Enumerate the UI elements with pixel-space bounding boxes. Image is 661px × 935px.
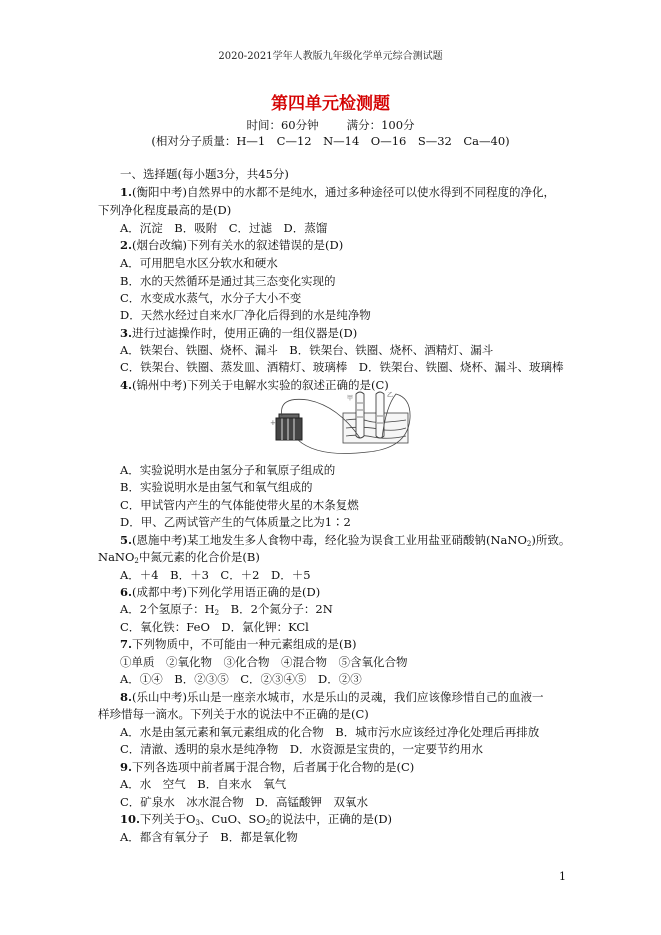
battery-icon bbox=[276, 414, 302, 440]
question-number: 6. bbox=[120, 585, 132, 599]
question-8-cont: 样珍惜每一滴水。下列关于水的说法中不正确的是(C) bbox=[98, 706, 369, 722]
question-text: 下列关于O bbox=[140, 812, 195, 826]
question-4-option-b: B．实验说明水是由氢气和氧气组成的 bbox=[120, 479, 312, 495]
question-8-options-ab: A．水是由氢元素和氧元素组成的化合物 B．城市污水应该经过净化处理后再排放 bbox=[120, 724, 539, 740]
question-9-options-cd: C．矿泉水 冰水混合物 D．高锰酸钾 双氧水 bbox=[120, 794, 368, 810]
question-text: (衡阳中考)自然界中的水都不是纯水，通过多种途径可以使水得到不同程度的净化， bbox=[132, 185, 555, 199]
question-text: 下列物质中，不可能由一种元素组成的是(B) bbox=[132, 637, 356, 651]
question-4-option-c: C．甲试管内产生的气体能使带火星的木条复燃 bbox=[120, 497, 359, 513]
question-text: )所致。 bbox=[531, 533, 570, 547]
question-number: 1. bbox=[120, 185, 132, 199]
question-10-options: A．都含有氧分子 B．都是氧化物 bbox=[120, 829, 298, 845]
question-2-option-b: B．水的天然循环是通过其三态变化实现的 bbox=[120, 273, 335, 289]
question-6-options-cd: C．氧化铁：FeO D．氯化钾：KCl bbox=[120, 619, 309, 635]
question-3-options-ab: A．铁架台、铁圈、烧杯、漏斗 B．铁架台、铁圈、烧杯、酒精灯、漏斗 bbox=[120, 342, 493, 358]
question-9-options-ab: A．水 空气 B．自来水 氧气 bbox=[120, 776, 286, 792]
question-text: (成都中考)下列化学用语正确的是(D) bbox=[132, 585, 320, 599]
question-9: 9.下列各选项中前者属于混合物，后者属于化合物的是(C) bbox=[120, 759, 414, 775]
question-number: 5. bbox=[120, 533, 132, 547]
question-number: 7. bbox=[120, 637, 132, 651]
formula: NaNO bbox=[98, 550, 134, 564]
question-4-option-a: A．实验说明水是由氢分子和氧原子组成的 bbox=[120, 462, 335, 478]
time-limit: 时间：60分钟 bbox=[246, 118, 318, 132]
question-1: 1.(衡阳中考)自然界中的水都不是纯水，通过多种途径可以使水得到不同程度的净化， bbox=[120, 184, 555, 200]
label-yi: 乙 bbox=[387, 392, 393, 399]
question-text: 、CuO、SO bbox=[200, 812, 266, 826]
question-5-options: A．＋4 B．＋3 C．＋2 D．＋5 bbox=[120, 567, 311, 583]
option-text: A．2个氢原子：H bbox=[120, 602, 215, 616]
question-4-option-d: D．甲、乙两试管产生的气体质量之比为1∶2 bbox=[120, 514, 351, 530]
question-2-option-c: C．水变成水蒸气，水分子大小不变 bbox=[120, 290, 301, 306]
exam-meta: 时间：60分钟满分：100分 bbox=[0, 117, 661, 133]
question-text: (烟台改编)下列有关水的叙述错误的是(D) bbox=[132, 238, 343, 252]
question-number: 8. bbox=[120, 690, 132, 704]
question-6: 6.(成都中考)下列化学用语正确的是(D) bbox=[120, 584, 320, 600]
atomic-masses: (相对分子质量：H—1 C—12 N—14 O—16 S—32 Ca—40) bbox=[0, 133, 661, 149]
question-text: (恩施中考)某工地发生多人食物中毒，经化验为误食工业用盐亚硝酸钠(NaNO bbox=[132, 533, 527, 547]
question-3-options-cd: C．铁架台、铁圈、蒸发皿、酒精灯、玻璃棒 D．铁架台、铁圈、烧杯、漏斗、玻璃棒 bbox=[120, 359, 564, 375]
option-text: B．2个氮分子：2N bbox=[219, 602, 333, 616]
question-2-option-d: D．天然水经过自来水厂净化后得到的水是纯净物 bbox=[120, 307, 371, 323]
question-7-options: A．①④ B．②③⑤ C．②③④⑤ D．②③ bbox=[120, 671, 362, 687]
question-8-options-cd: C．清澈、透明的泉水是纯净物 D．水资源是宝贵的，一定要节约用水 bbox=[120, 741, 483, 757]
question-10: 10.下列关于O3、CuO、SO2的说法中，正确的是(D) bbox=[120, 811, 392, 831]
page-title: 第四单元检测题 bbox=[0, 89, 661, 114]
label-jia: 甲 bbox=[347, 394, 353, 402]
question-1-cont: 下列净化程度最高的是(D) bbox=[98, 202, 231, 218]
question-number: 2. bbox=[120, 238, 132, 252]
question-number: 10. bbox=[120, 812, 140, 826]
section-heading: 一、选择题(每小题3分，共45分) bbox=[120, 166, 289, 182]
question-3: 3.进行过滤操作时，使用正确的一组仪器是(D) bbox=[120, 325, 357, 341]
question-7-items: ①单质 ②氧化物 ③化合物 ④混合物 ⑤含氧化合物 bbox=[120, 654, 408, 670]
question-2-option-a: A．可用肥皂水区分软水和硬水 bbox=[120, 255, 278, 271]
question-text: 进行过滤操作时，使用正确的一组仪器是(D) bbox=[132, 326, 357, 340]
question-number: 4. bbox=[120, 378, 132, 392]
test-tube-jia bbox=[356, 392, 364, 438]
question-8: 8.(乐山中考)乐山是一座亲水城市，水是乐山的灵魂，我们应该像珍惜自己的血液一 bbox=[120, 689, 544, 705]
question-text: 的说法中，正确的是(D) bbox=[270, 812, 392, 826]
question-number: 3. bbox=[120, 326, 132, 340]
question-6-options-ab: A．2个氢原子：H2 B．2个氮分子：2N bbox=[120, 601, 333, 621]
question-5-cont: NaNO2中氮元素的化合价是(B) bbox=[98, 549, 260, 569]
full-score: 满分：100分 bbox=[347, 118, 415, 132]
question-1-options: A．沉淀 B．吸附 C．过滤 D．蒸馏 bbox=[120, 220, 327, 236]
question-7: 7.下列物质中，不可能由一种元素组成的是(B) bbox=[120, 636, 356, 652]
question-text: (乐山中考)乐山是一座亲水城市，水是乐山的灵魂，我们应该像珍惜自己的血液一 bbox=[132, 690, 543, 704]
running-header: 2020-2021学年人教版九年级化学单元综合测试题 bbox=[0, 47, 661, 62]
electrolysis-apparatus-figure: + 甲 乙 bbox=[268, 388, 413, 456]
question-text: 中氮元素的化合价是(B) bbox=[139, 550, 260, 564]
svg-text:+: + bbox=[270, 419, 276, 427]
page-number: 1 bbox=[559, 870, 566, 883]
question-2: 2.(烟台改编)下列有关水的叙述错误的是(D) bbox=[120, 237, 343, 253]
question-text: 下列各选项中前者属于混合物，后者属于化合物的是(C) bbox=[132, 760, 414, 774]
question-number: 9. bbox=[120, 760, 132, 774]
